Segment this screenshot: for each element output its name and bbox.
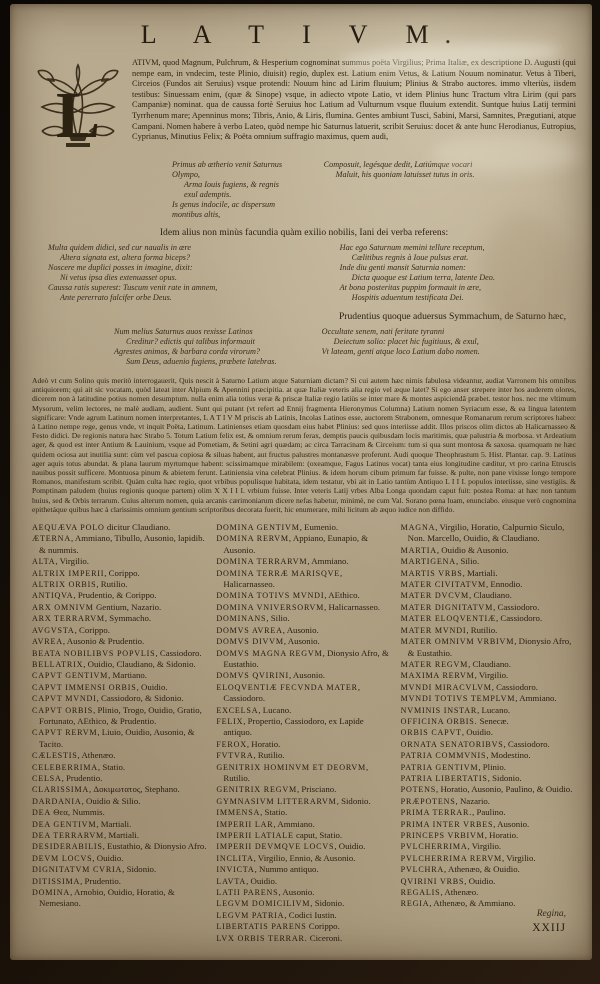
epithet-references: , Sidonio. [488,773,522,783]
epithet-entry: Domina, Arnobio, Ouidio, Horatio, & Neme… [32,887,207,910]
main-paragraph: Adeò vt cum Solino quis meritò interroga… [32,376,576,514]
epithet-references: , Nazario. [456,796,490,806]
epithet-references: , Martiali. [104,830,139,840]
epithet-references: , Claudiano. [468,659,511,669]
epithet-references: Corippo. [307,921,340,931]
epithet-references: , Cassiodoro, & Sidonio. [97,693,184,703]
epithet-references: , Horatio. [485,830,518,840]
epithet-entry: Domvs Divvm, Ausonio. [216,636,391,647]
epithet-entry: Dominans, Silio. [216,613,391,624]
epithet-term: Capvt Orbis [32,706,93,715]
epithet-entry: Dardania, Ouidio & Silio. [32,796,207,807]
verse-line: Dicta quoque est Latium terra, latente D… [340,273,576,283]
epithet-term: Desiderabilis [32,842,103,851]
epithet-entry: Fvtvra, Rutilio. [216,750,391,761]
section-heading-2: Prudentius quoque aduersus Symmachum, de… [32,311,566,322]
epithet-references: , Ouidio, Claudiano, & Sidonio. [83,659,195,669]
epithet-entry: Patria Commvnis, Modestino. [401,750,576,761]
epithet-entry: Beata Nobilibvs Popvlis, Cassiodoro. [32,648,207,659]
epithet-references: , Ouidio & Silio. [82,796,141,806]
epithet-entry: Pvlcherrima, Virgilio. [401,841,576,852]
verse-line: Creditur? edictis qui talibus informauit [114,337,288,347]
epithet-references: , Ammiano. [515,693,556,703]
verse-block-2: Multa quidem didici, sed cur naualis in … [32,243,576,303]
epithet-column-3: Magna, Virgilio, Horatio, Calpurnio Sicu… [401,522,576,944]
epithet-references: , Rutilio. [254,750,285,760]
epithet-term: Pvlcherrima Rervm [401,854,502,863]
epithet-entry: Æterna, Ammiano, Tibullo, Ausonio, lapid… [32,533,207,556]
epithet-term: Capvt Rervm [32,728,97,737]
epithet-term: Dominans [216,614,266,623]
epithet-term: Domina Vniversorvm [216,603,324,612]
epithet-references: , Virgilio. [467,841,501,851]
epithet-references: , Ausonio. [278,887,314,897]
epithet-term: Domina Terrarvm [216,557,307,566]
epithet-references: , Corippo. [104,568,139,578]
epithet-term: Arx Terrarvm [32,614,105,623]
epithet-references: , Plinio. [478,762,506,772]
page-title: L A T I V M. [32,20,576,50]
epithet-term: Fvtvra [216,751,253,760]
epithet-references: , Virgilio. [502,853,536,863]
epithet-entry: Libertatis Parens Corippo. [216,921,391,932]
epithet-term: Imperii Latiale [216,831,293,840]
epithet-term: Excelsa [216,706,258,715]
epithet-term: Immensa [216,808,260,817]
epithet-entry: Officina Orbis. Senecæ. [401,716,576,727]
epithet-references: , Codici Iustin. [284,910,336,920]
epithet-entry: Domina Rervm, Appiano, Eunapio, & Ausoni… [216,533,391,556]
epithet-references: , Silio. [266,613,289,623]
epithet-references: , Ennodio. [486,579,522,589]
epithet-entry: Domvs Qvirini, Ausonio. [216,670,391,681]
epithet-entry: Latii Parens, Ausonio. [216,887,391,898]
epithet-entry: Prima Inter Vrbes, Ausonio. [401,819,576,830]
epithet-entry: Domina Terræ Marisqve, Halicarnasseo. [216,568,391,591]
epithet-term: Princeps Vrbivm [401,831,485,840]
epithet-entry: Legvm Domicilivm, Sidonio. [216,898,391,909]
epithet-term: Ornata Senatoribvs [401,740,504,749]
epithet-references: , Ausonio. [283,625,319,635]
epithet-entry: Prima Terrar., Paulino. [401,807,576,818]
epithet-term: Dea [32,808,51,817]
epithet-term: Felix [216,717,243,726]
epithet-entry: Lavta, Ouidio. [216,876,391,887]
epithet-references: , Ouidio. [137,682,168,692]
epithet-references: , Prudentio, & Corippo. [73,590,156,600]
epithet-entry: Pvlcherrima Rervm, Virgilio. [401,853,576,864]
epithet-term: Martis Vrbs [401,569,463,578]
verse-line: Hospitis aduentum testificata Dei. [340,293,576,303]
epithet-term: Mater Civitatvm [401,580,486,589]
epithet-references: , Ouidio. [464,876,495,886]
epithet-entry: Genitrix Regvm, Prisciano. [216,784,391,795]
verse-column-right: Hac ego Saturnum memini tellure receptum… [288,243,576,303]
verse-column-right: Occultate senem, nati feritate tyranniDe… [288,327,576,367]
epithet-entry: Capvt Mvndi, Cassiodoro, & Sidonio. [32,693,207,704]
epithet-entry: Domvs Magna Regvm, Dionysio Afro, & Eust… [216,648,391,671]
epithet-entry: Excelsa, Lucano. [216,705,391,716]
epithet-term: Dignitatvm Cvria [32,865,122,874]
epithet-references: , Rutilio. [96,579,127,589]
epithet-references: , Nummo antiquo. [255,864,319,874]
epithet-references: , Ouidio. [92,853,123,863]
epithet-term: Regia [401,899,430,908]
book-page: L A T I V M. L ATIVM, q [10,4,592,960]
epithet-term: Altrix Orbis [32,580,96,589]
epithet-term: Lvx Orbis Terrar. [216,934,307,943]
epithet-term: Patria Gentivm [401,763,479,772]
verse-line: At bona posteritas puppim formauit in ær… [340,283,576,293]
epithet-references: , Horatio, Ausonio, Paulino, & Ouidio. [436,784,572,794]
epithet-entry: Immensa, Statio. [216,807,391,818]
epithet-term: Domina [32,888,70,897]
epithet-term: Aequæva Polo [32,523,105,532]
epithet-entry: Arx Omnivm Gentium, Nazario. [32,602,207,613]
epithet-entry: Dea Θεα, Nummis. [32,807,207,818]
epithet-references: , Propertio, Cassiodoro, ex Lapide antiq… [223,716,363,737]
epithet-term: Martia [401,546,437,555]
epithet-term: Antiqva [32,591,73,600]
epithet-term: Mater Mvndi [401,626,467,635]
verse-line: Multa quidem didici, sed cur naualis in … [48,243,288,253]
epithet-term: Capvt Immensi Orbis [32,683,137,692]
epithet-term: Officina Orbis. [401,717,478,726]
epithet-term: Martigena [401,557,456,566]
verse-line: Cælitibus regnis à Ioue pulsus erat. [340,253,576,263]
epithet-entry: Orbis Capvt, Ouidio. [401,727,576,738]
verse-line: Noscere me duplici posses in imagine, di… [48,263,288,273]
epithet-entry: Gymnasivm Litterarvm, Sidonio. [216,796,391,807]
epithet-entry: Dea Gentivm, Martiali. [32,819,207,830]
epithet-references: Gentium, Nazario. [94,602,161,612]
epithet-entry: Mvndi Totivs Templvm, Ammiano. [401,693,576,704]
epithet-term: Domina Gentivm [216,523,299,532]
epithet-term: Dea Terrarvm [32,831,104,840]
epithet-references: , Prudentio. [80,876,121,886]
svg-text:L: L [56,79,100,152]
epithet-references: , Athenæo. [440,887,478,897]
epithet-references: , Statio. [260,807,287,817]
epithet-list: Aequæva Polo dicitur Claudiano.Æterna, A… [32,522,576,944]
epithet-entry: Martia, Ouidio & Ausonio. [401,545,576,556]
epithet-column-2: Domina Gentivm, Eumenio.Domina Rervm, Ap… [216,522,391,944]
epithet-term: Domvs Qvirini [216,671,289,680]
epithet-term: Qvirini Vrbs [401,877,465,886]
epithet-term: Celeberrima [32,763,98,772]
epithet-term: Domina Rervm [216,534,289,543]
epithet-entry: Celsa, Prudentio. [32,773,207,784]
epithet-entry: Mater Eloqventiæ, Cassiodoro. [401,613,576,624]
epithet-references: , Sidonio. [310,898,344,908]
epithet-term: Mater Regvm [401,660,468,669]
epithet-term: Patria Commvnis [401,751,487,760]
epithet-references: , Rutilio. [466,625,497,635]
epithet-references: , Statio. [98,762,125,772]
epithet-term: Ditissima [32,877,80,886]
catchword: Regina, [532,909,566,919]
epithet-term: Domina Totivs Mvndi [216,591,324,600]
epithet-references: , Horatio. [247,739,280,749]
epithet-references: , Ammiano. [273,819,314,829]
epithet-term: Domina Terræ Marisqve [216,569,340,578]
epithet-term: Imperii Lar [216,820,273,829]
epithet-entry: Celeberrima, Statio. [32,762,207,773]
verse-line: Sum Deus, aduenio fugiens, præbete lateb… [114,357,288,367]
epithet-term: Æterna [32,534,71,543]
epithet-entry: Ornata Senatoribvs, Cassiodoro. [401,739,576,750]
epithet-entry: Domina Terrarvm, Ammiano. [216,556,391,567]
epithet-references: , Δοκιμωτατος, Stephano. [89,784,180,794]
epithet-entry: Nvminis Instar, Lucano. [401,705,576,716]
epithet-references: , Athenæo. [78,750,116,760]
verse-column-left: Multa quidem didici, sed cur naualis in … [32,243,288,303]
epithet-references: Θεα, Nummis. [51,807,105,817]
epithet-references: , Eumenio. [300,522,338,532]
epithet-entry: Capvt Immensi Orbis, Ouidio. [32,682,207,693]
epithet-term: Legvm Patria [216,911,284,920]
epithet-entry: Domina Gentivm, Eumenio. [216,522,391,533]
epithet-entry: Præpotens, Nazario. [401,796,576,807]
epithet-term: Alta [32,557,55,566]
epithet-entry: Regalis, Athenæo. [401,887,576,898]
epithet-entry: Martigena, Silio. [401,556,576,567]
epithet-references: , Ausonio. [289,670,325,680]
epithet-term: Potens [401,785,436,794]
epithet-term: Latii Parens [216,888,278,897]
verse-line: Ante pererrato falcifer orbe Deus. [48,293,288,303]
epithet-term: Devm Locvs [32,854,92,863]
verse-line: Primus ab ætherio venit Saturnus Olympo, [172,160,288,180]
folio-number: XXIIJ [532,922,566,934]
epithet-term: Patria Libertatis [401,774,488,783]
verse-column-left: Num melius Saturnus auos rexisse Latinos… [32,327,288,367]
epithet-term: Avrea [32,637,63,646]
epithet-entry: Maxima Rervm, Virgilio. [401,670,576,681]
epithet-entry: Clarissima, Δοκιμωτατος, Stephano. [32,784,207,795]
epithet-term: Mvndi Miracvlvm [401,683,492,692]
epithet-references: , Ouidio. [334,841,365,851]
epithet-entry: Altrix Imperii, Corippo. [32,568,207,579]
epithet-entry: Avrea, Ausonio & Prudentio. [32,636,207,647]
epithet-term: Arx Omnivm [32,603,94,612]
epithet-term: Imperii Devmqve Locvs [216,842,334,851]
epithet-term: Altrix Imperii [32,569,104,578]
epithet-entry: Ferox, Horatio. [216,739,391,750]
epithet-references: , Ouidio. [462,727,493,737]
epithet-entry: Mater Civitatvm, Ennodio. [401,579,576,590]
epithet-references: , Cassiodoro. [504,739,550,749]
verse-line: Inde diu genti mansit Saturnia nomen: [340,263,576,273]
epithet-term: Pvlcherrima [401,842,468,851]
epithet-references: , Virgilio. [55,556,89,566]
epithet-references: caput, Statio. [294,830,342,840]
epithet-entry: Mvndi Miracvlvm, Cassiodoro. [401,682,576,693]
epithet-references: , Ausonio. [284,636,320,646]
epithet-entry: Avgvsta, Corippo. [32,625,207,636]
epithet-entry: Capvt Rervm, Liuio, Ouidio, Ausonio, & T… [32,727,207,750]
epithet-term: Capvt Mvndi [32,694,97,703]
epithet-entry: Antiqva, Prudentio, & Corippo. [32,590,207,601]
verse-line: Vt lateam, genti atque loco Latium dabo … [322,347,576,357]
epithet-term: Invicta [216,865,254,874]
epithet-term: Domvs Divvm [216,637,283,646]
epithet-term: Prima Inter Vrbes [401,820,494,829]
epithet-entry: Dea Terrarvm, Martiali. [32,830,207,841]
epithet-references: , Prisciano. [297,784,336,794]
epithet-references: , Claudiano. [469,590,512,600]
verse-line: Maluit, his quoniam latuisset tutus in o… [324,170,576,180]
epithet-references: , Cassiodoro. [155,648,201,658]
epithet-entry: Patria Gentivm, Plinio. [401,762,576,773]
epithet-entry: Princeps Vrbivm, Horatio. [401,830,576,841]
epithet-entry: Ditissima, Prudentio. [32,876,207,887]
epithet-entry: Devm Locvs, Ouidio. [32,853,207,864]
epithet-references: , Paulino. [472,807,505,817]
epithet-references: Senecæ. [477,716,508,726]
epithet-references: , Athenæo, & Ouidio. [444,864,520,874]
epithet-term: Cælestis [32,751,78,760]
epithet-entry: Legvm Patria, Codici Iustin. [216,910,391,921]
epithet-references: dicitur Claudiano. [105,522,171,532]
epithet-term: Orbis Capvt [401,728,462,737]
epithet-term: Præpotens [401,797,456,806]
epithet-entry: Mater Mvndi, Rutilio. [401,625,576,636]
verse-block-1: Primus ab ætherio venit Saturnus Olympo,… [32,160,576,220]
epithet-entry: Domvs Avrea, Ausonio. [216,625,391,636]
epithet-entry: Imperii Latiale caput, Statio. [216,830,391,841]
epithet-references: , Prudentio. [62,773,103,783]
epithet-references: , Lucano. [477,705,510,715]
epithet-term: Avgvsta [32,626,75,635]
epithet-term: Clarissima [32,785,89,794]
epithet-entry: Magna, Virgilio, Horatio, Calpurnio Sicu… [401,522,576,545]
epithet-term: Ferox [216,740,247,749]
epithet-term: Capvt Gentivm [32,671,108,680]
verse-column-right: Composuit, legésque dedit, Latiúmque voc… [288,160,576,220]
epithet-term: Domvs Avrea [216,626,282,635]
epithet-term: Eloqventiæ Fecvnda Mater [216,683,358,692]
epithet-entry: Qvirini Vrbs, Ouidio. [401,876,576,887]
epithet-term: Bellatrix [32,660,83,669]
epithet-references: , Ausonio. [493,819,529,829]
epithet-term: Mater Dvcvm [401,591,469,600]
epithet-term: Mvndi Totivs Templvm [401,694,516,703]
epithet-entry: Imperii Devmqve Locvs, Ouidio. [216,841,391,852]
epithet-references: , Sidonio. [122,864,156,874]
epithet-term: Dea Gentivm [32,820,96,829]
verse-line: Is genus indocile, ac dispersum montibus… [172,200,288,220]
epithet-entry: Martis Vrbs, Martiali. [401,568,576,579]
verse-line: Occultate senem, nati feritate tyranni [322,327,576,337]
epithet-references: , Sidonio. [337,796,371,806]
epithet-entry: Capvt Gentivm, Martiano. [32,670,207,681]
epithet-term: Gymnasivm Litterarvm [216,797,336,806]
epithet-term: Maxima Rervm [401,671,475,680]
section-heading-1: Idem alius non minùs facundia quàm exili… [32,227,576,238]
epithet-term: Genitrix Regvm [216,785,297,794]
epithet-term: Lavta [216,877,246,886]
epithet-references: , Martiali. [463,568,498,578]
epithet-term: Beata Nobilibvs Popvlis [32,649,155,658]
epithet-entry: Genitrix Hominvm et Deorvm, Rutilio. [216,762,391,785]
epithet-entry: Capvt Orbis, Plinio, Trogo, Ouidio, Grat… [32,705,207,728]
epithet-term: Libertatis Parens [216,922,306,931]
verse-block-3: Num melius Saturnus auos rexisse Latinos… [32,327,576,367]
epithet-term: Mater Omnivm Vrbivm [401,637,515,646]
epithet-term: Prima Terrar. [401,808,472,817]
page-footer: Regina, XXIIJ [532,909,566,934]
epithet-entry: Dignitatvm Cvria, Sidonio. [32,864,207,875]
epithet-entry: Pvlchra, Athenæo, & Ouidio. [401,864,576,875]
epithet-references: , Lucano. [258,705,291,715]
epithet-references: , Martiano. [108,670,147,680]
epithet-entry: Desiderabilis, Eustathio, & Dionysio Afr… [32,841,207,852]
epithet-references: , Ausonio & Prudentio. [63,636,144,646]
verse-line: Num melius Saturnus auos rexisse Latinos [114,327,288,337]
epithet-references: , Corippo. [75,625,110,635]
epithet-references: , Halicarnasseo. [324,602,380,612]
epithet-entry: Mater Dvcvm, Claudiano. [401,590,576,601]
epithet-term: Inclita [216,854,253,863]
epithet-term: Mater Eloqventiæ [401,614,496,623]
epithet-references: , Ouidio & Ausonio. [437,545,509,555]
epithet-entry: Mater Regvm, Claudiano. [401,659,576,670]
epithet-references: , Athenæo, & Ammiano. [429,898,515,908]
epithet-term: Pvlchra [401,865,444,874]
decorative-initial-L: L [32,61,124,153]
epithet-term: Celsa [32,774,62,783]
epithet-references: , Modestino. [486,750,530,760]
epithet-entry: Alta, Virgilio. [32,556,207,567]
epithet-entry: Invicta, Nummo antiquo. [216,864,391,875]
epithet-references: , AEthico. [324,590,359,600]
epithet-term: Domvs Magna Regvm [216,649,322,658]
epithet-entry: Imperii Lar, Ammiano. [216,819,391,830]
epithet-references: , Eustathio, & Dionysio Afro. [103,841,207,851]
epithet-entry: Potens, Horatio, Ausonio, Paulino, & Oui… [401,784,576,795]
epithet-entry: Mater Dignitatvm, Cassiodoro. [401,602,576,613]
verse-line: Caussa ratis superest: Tuscum venit rate… [48,283,288,293]
epithet-entry: Inclita, Virgilio, Ennio, & Ausonio. [216,853,391,864]
epithet-entry: Mater Omnivm Vrbivm, Dionysio Afro, & Eu… [401,636,576,659]
epithet-column-1: Aequæva Polo dicitur Claudiano.Æterna, A… [32,522,207,944]
epithet-entry: Cælestis, Athenæo. [32,750,207,761]
epithet-entry: Patria Libertatis, Sidonio. [401,773,576,784]
epithet-references: , Ouidio. [246,876,277,886]
epithet-entry: Altrix Orbis, Rutilio. [32,579,207,590]
epithet-entry: Domina Totivs Mvndi, AEthico. [216,590,391,601]
epithet-entry: Domina Vniversorvm, Halicarnasseo. [216,602,391,613]
epithet-entry: Eloqventiæ Fecvnda Mater, Cassiodoro. [216,682,391,705]
epithet-entry: Lvx Orbis Terrar. Ciceroni. [216,933,391,944]
epithet-term: Genitrix Hominvm et Deorvm [216,763,366,772]
verse-line: Composuit, legésque dedit, Latiúmque voc… [324,160,576,170]
epithet-term: Mater Dignitatvm [401,603,493,612]
epithet-entry: Bellatrix, Ouidio, Claudiano, & Sidonio. [32,659,207,670]
epithet-references: , Cassiodoro. [496,613,542,623]
epithet-term: Magna [401,523,436,532]
epithet-term: Nvminis Instar [401,706,477,715]
epithet-entry: Aequæva Polo dicitur Claudiano. [32,522,207,533]
epithet-references: , Cassiodoro. [493,602,539,612]
verse-line: Agrestes animos, & barbara corda virorum… [114,347,288,357]
verse-line: Deiectum solio: placet hic fugitiuus, & … [322,337,576,347]
verse-line: Arma Iouis fugiens, & regnis exul adempt… [172,180,288,200]
epithet-references: , Silio. [456,556,479,566]
epithet-term: Legvm Domicilivm [216,899,310,908]
epithet-term: Regalis [401,888,441,897]
